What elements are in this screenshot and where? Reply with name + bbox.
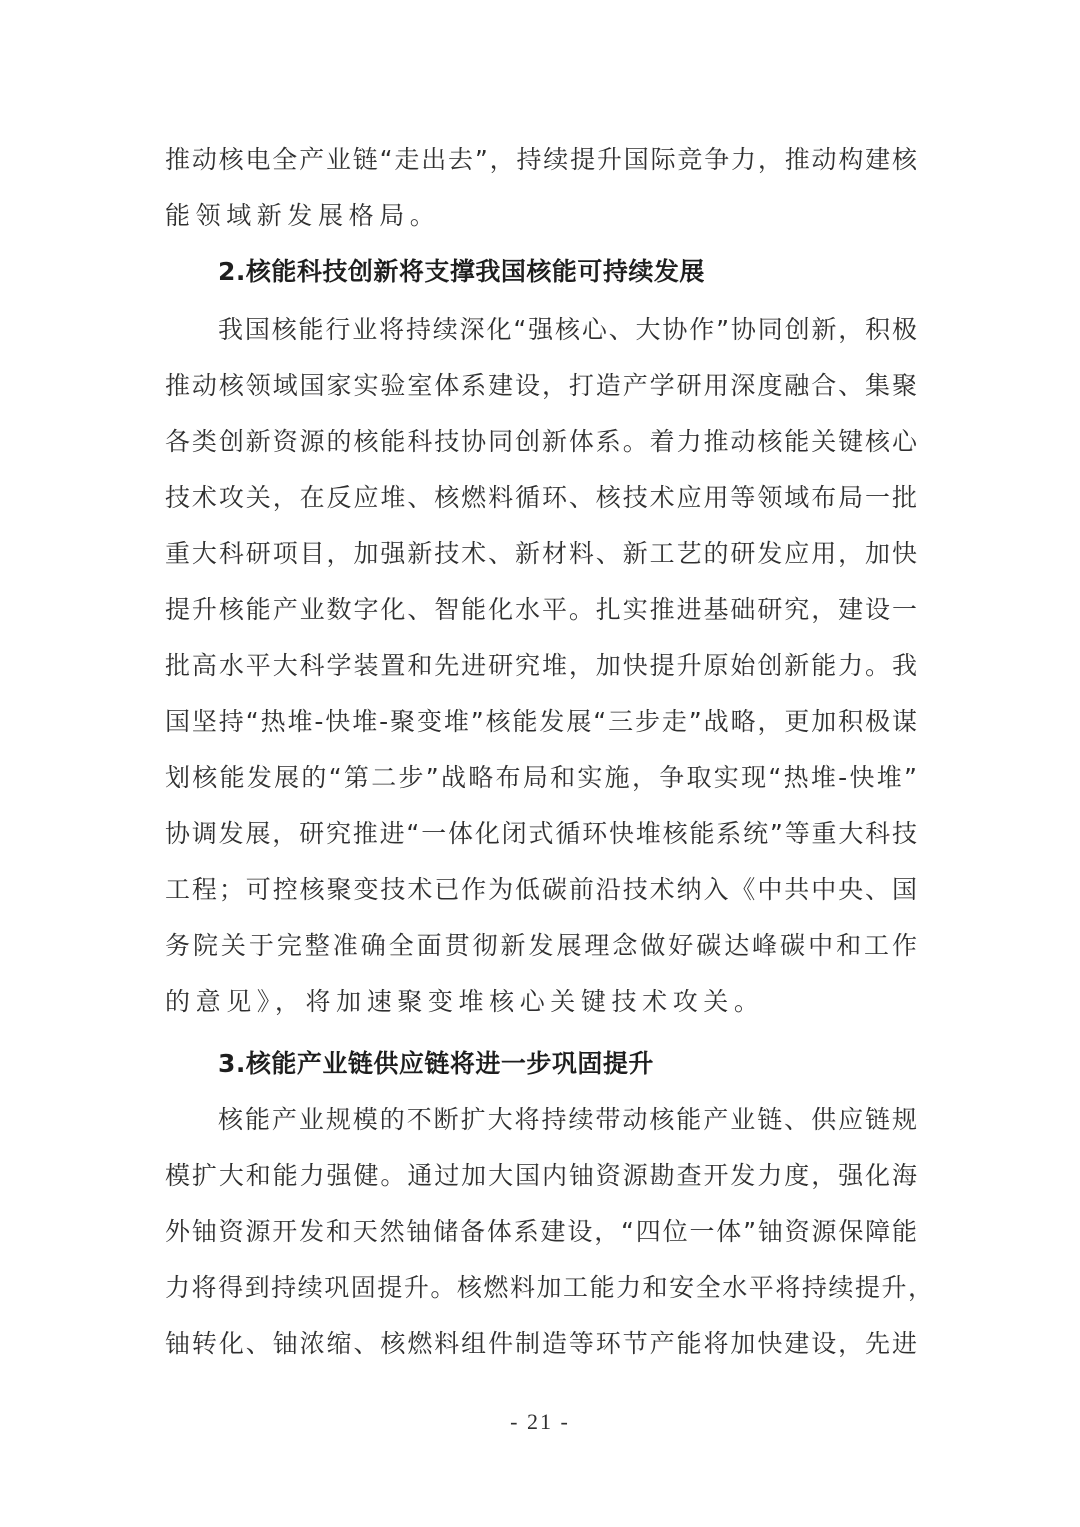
body-line: 推动核领域国家实验室体系建设，打造产学研用深度融合、集聚 (165, 366, 917, 406)
body-line: 力将得到持续巩固提升。核燃料加工能力和安全水平将持续提升， (165, 1268, 933, 1308)
body-line: 外铀资源开发和天然铀储备体系建设，“四位一体”铀资源保障能 (165, 1212, 917, 1252)
body-line: 划核能发展的“第二步”战略布局和实施，争取实现“热堆-快堆” (165, 758, 917, 798)
body-line: 务院关于完整准确全面贯彻新发展理念做好碳达峰碳中和工作 (165, 926, 917, 966)
body-line: 工程；可控核聚变技术已作为低碳前沿技术纳入《中共中央、国 (165, 870, 917, 910)
body-line: 的意见》，将加速聚变堆核心关键技术攻关。 (165, 982, 917, 1022)
body-line: 推动核电全产业链“走出去”，持续提升国际竞争力，推动构建核 (165, 140, 917, 180)
body-line: 重大科研项目，加强新技术、新材料、新工艺的研发应用，加快 (165, 534, 917, 574)
document-page: 推动核电全产业链“走出去”，持续提升国际竞争力，推动构建核 能领域新发展格局。 … (0, 0, 1080, 1527)
body-line: 铀转化、铀浓缩、核燃料组件制造等环节产能将加快建设，先进 (165, 1324, 917, 1364)
body-line: 批高水平大科学装置和先进研究堆，加快提升原始创新能力。我 (165, 646, 917, 686)
body-line: 各类创新资源的核能科技协同创新体系。着力推动核能关键核心 (165, 422, 917, 462)
body-line: 我国核能行业将持续深化“强核心、大协作”协同创新，积极 (218, 310, 917, 350)
section-heading-3: 3.核能产业链供应链将进一步巩固提升 (218, 1044, 654, 1084)
body-line: 能领域新发展格局。 (165, 196, 917, 236)
section-heading-2: 2.核能科技创新将支撑我国核能可持续发展 (218, 252, 705, 292)
body-line: 提升核能产业数字化、智能化水平。扎实推进基础研究，建设一 (165, 590, 917, 630)
body-line: 协调发展，研究推进“一体化闭式循环快堆核能系统”等重大科技 (165, 814, 917, 854)
body-line: 核能产业规模的不断扩大将持续带动核能产业链、供应链规 (218, 1100, 917, 1140)
body-line: 模扩大和能力强健。通过加大国内铀资源勘查开发力度，强化海 (165, 1156, 917, 1196)
page-number: - 21 - (0, 1406, 1080, 1438)
body-line: 技术攻关，在反应堆、核燃料循环、核技术应用等领域布局一批 (165, 478, 917, 518)
body-line: 国坚持“热堆-快堆-聚变堆”核能发展“三步走”战略，更加积极谋 (165, 702, 917, 742)
